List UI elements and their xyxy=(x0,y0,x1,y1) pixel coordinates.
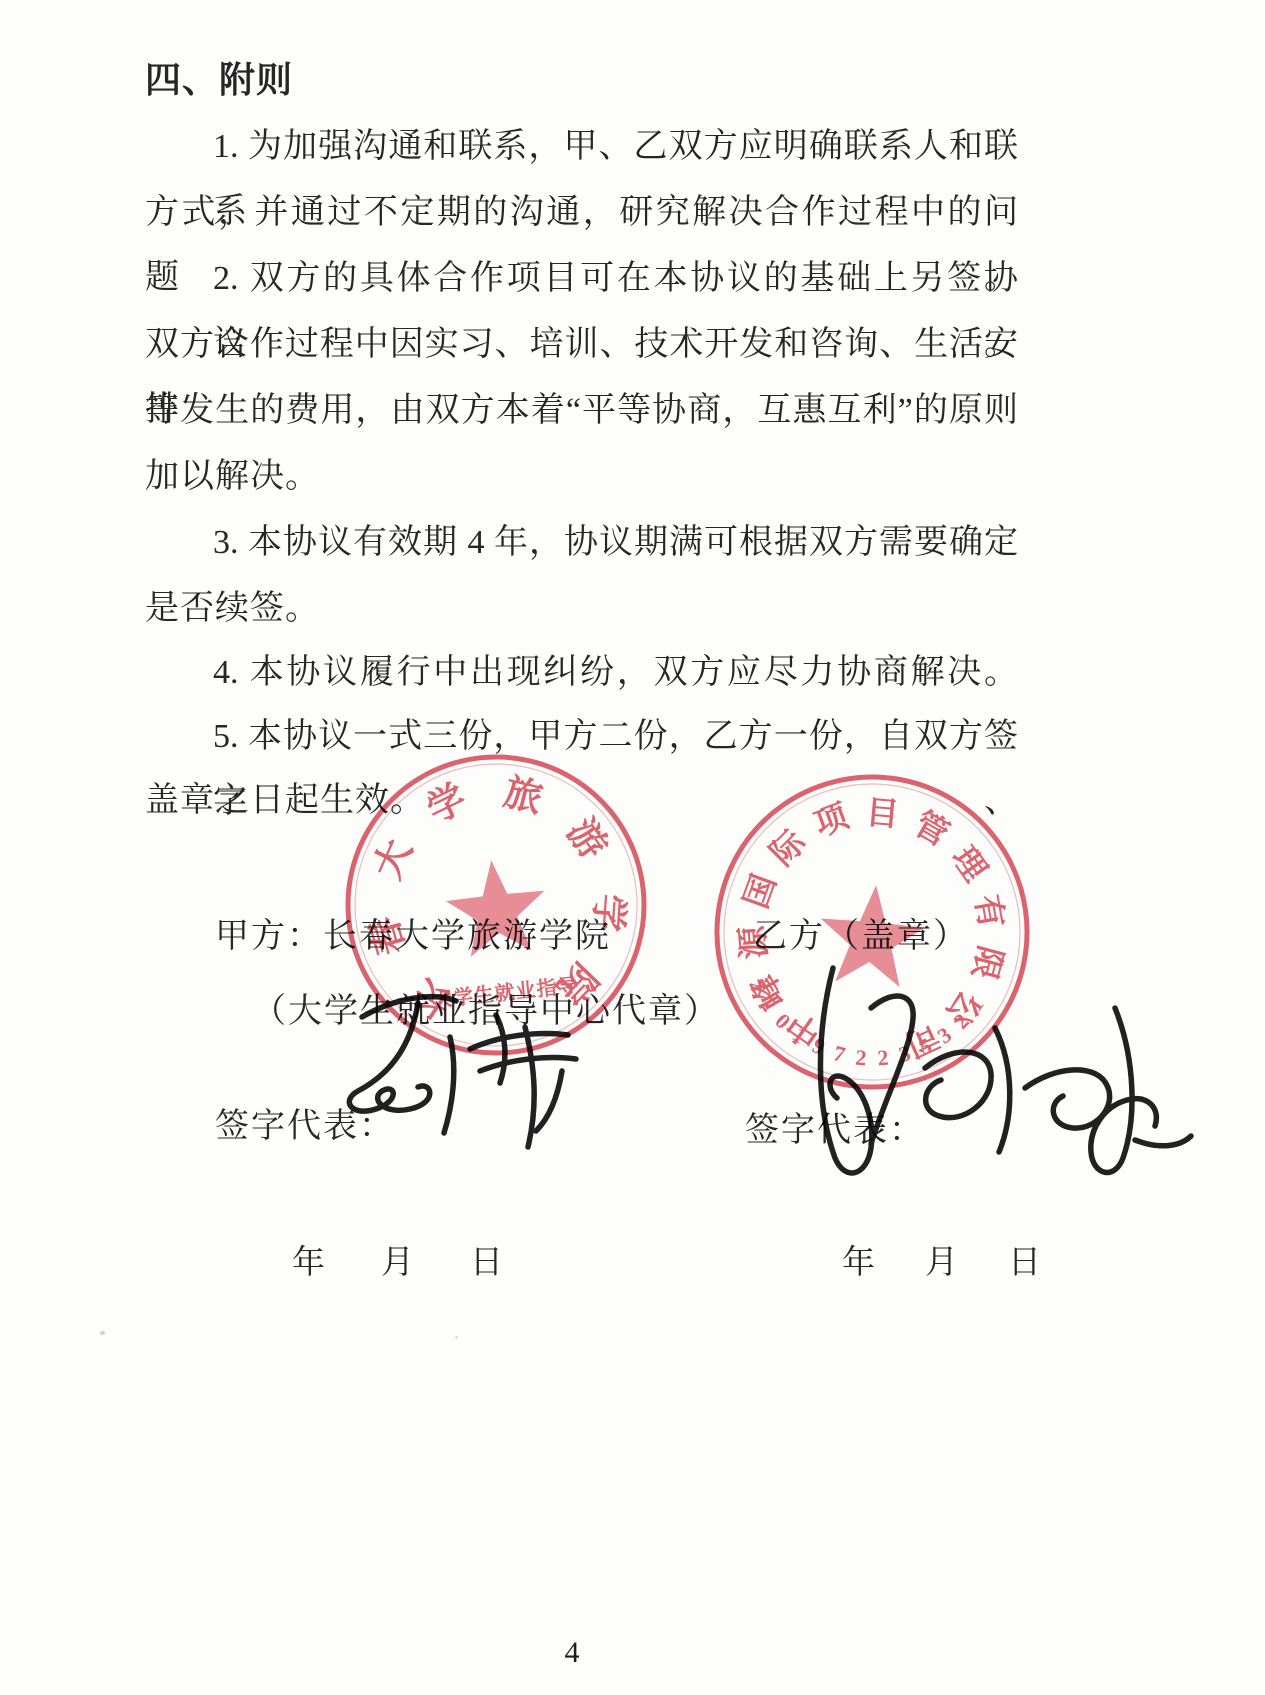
seal-ring-char: 学 xyxy=(421,777,474,831)
body-line: 1. 为加强沟通和联系，甲、乙双方应明确联系人和联系 xyxy=(145,114,1018,179)
party-a-signature xyxy=(300,975,660,1165)
section-heading: 四、附则 xyxy=(145,48,1018,113)
star-icon xyxy=(442,855,550,959)
scan-speck xyxy=(455,1336,458,1339)
seal-ring-char: 有 xyxy=(968,892,1010,931)
seal-ring-char: 管 xyxy=(908,805,955,854)
body-line: 方式，并通过不定期的沟通，研究解决合作过程中的问题。 xyxy=(145,180,1018,245)
seal-ring-char: 目 xyxy=(864,795,900,834)
body-line: 等发生的费用，由双方本着“平等协商，互惠互利”的原则 xyxy=(145,378,1018,443)
body-line: 2. 双方的具体合作项目可在本协议的基础上另签协议。 xyxy=(145,246,1018,311)
page-number: 4 xyxy=(552,1636,592,1670)
seal-ring-char: 大 xyxy=(367,834,421,886)
day-label: 日 xyxy=(1008,1236,1041,1283)
seal-ring-char: 国 xyxy=(738,870,784,914)
body-line: 3. 本协议有效期 4 年，协议期满可根据双方需要确定 xyxy=(145,510,1018,575)
party-a-date-line: 年月日 xyxy=(292,1236,559,1283)
month-label: 月 xyxy=(381,1236,414,1283)
scan-speck xyxy=(100,1331,105,1335)
seal-ring-char: 项 xyxy=(810,797,855,843)
body-line: 双方合作过程中因实习、培训、技术开发和咨询、生活安排 xyxy=(145,312,1018,377)
seal-ring-char: 春 xyxy=(363,912,414,960)
seal-ring-char: 旅 xyxy=(500,771,547,821)
seal-ring-char: 学 xyxy=(585,892,630,933)
body-line: 4. 本协议履行中出现纠纷，双方应尽力协商解决。 xyxy=(145,640,1018,705)
body-line: 加以解决。 xyxy=(145,444,1018,509)
month-label: 月 xyxy=(925,1236,958,1283)
document-page: 四、附则 1. 为加强沟通和联系，甲、乙双方应明确联系人和联系 方式，并通过不定… xyxy=(0,0,1265,1695)
party-b-signature xyxy=(775,948,1195,1198)
seal-ring-char: 源 xyxy=(734,923,774,960)
seal-ring-char: 游 xyxy=(558,811,614,866)
year-label: 年 xyxy=(842,1236,875,1283)
seal-ring-char: 理 xyxy=(944,841,992,889)
body-line: 是否续签。 xyxy=(145,576,1018,641)
year-label: 年 xyxy=(292,1236,325,1283)
day-label: 日 xyxy=(470,1236,503,1283)
seal-ring-char: 际 xyxy=(763,823,813,873)
party-b-date-line: 年月日 xyxy=(842,1236,1091,1283)
